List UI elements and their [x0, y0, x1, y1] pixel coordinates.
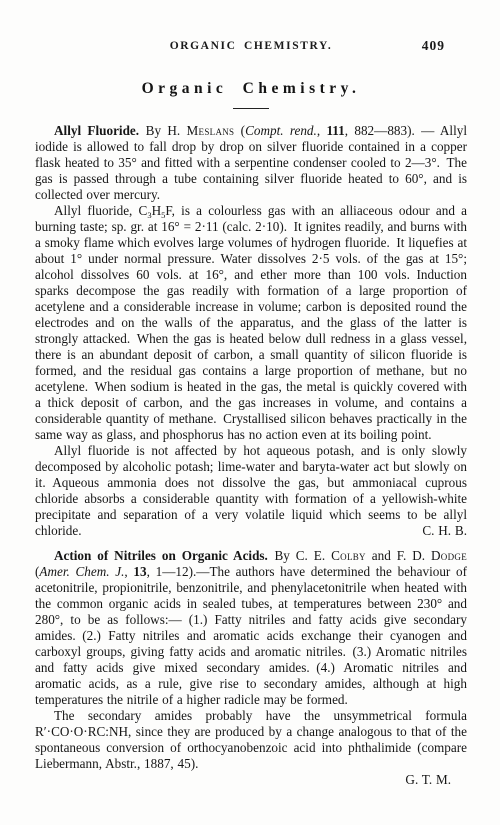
text-run: Meslans [187, 123, 235, 138]
text-run: Allyl Fluoride. [54, 123, 139, 138]
text-run: Amer. Chem. J. [39, 564, 124, 579]
paragraph: The secondary amides probably have the u… [35, 708, 467, 772]
text-run: Compt. rend. [245, 123, 317, 138]
attribution-line: G. T. M. [35, 772, 467, 788]
paragraph: Action of Nitriles on Organic Acids. By … [35, 548, 467, 708]
paragraph: Allyl Fluoride. By H. Meslans (Compt. re… [35, 123, 467, 203]
page-body: Allyl Fluoride. By H. Meslans (Compt. re… [35, 123, 467, 788]
article-allyl-fluoride: Allyl Fluoride. By H. Meslans (Compt. re… [35, 123, 467, 539]
text-run: Colby [331, 548, 366, 563]
text-run: and F. D. [366, 548, 431, 563]
text-run: G. T. M. [405, 772, 451, 787]
article-action-of-nitriles: Action of Nitriles on Organic Acids. By … [35, 548, 467, 788]
text-run: By C. E. [268, 548, 331, 563]
text-run: F, is a colourless gas with an alliaceou… [35, 203, 467, 442]
section-title: Organic Chemistry. [35, 80, 467, 98]
text-run: , [317, 123, 327, 138]
text-run: By H. [139, 123, 186, 138]
attribution-initials: C. H. B. [393, 523, 467, 539]
text-run: H [152, 203, 162, 218]
page-number: 409 [422, 38, 445, 54]
text-run: Allyl fluoride, C [54, 203, 147, 218]
text-run: 13 [133, 564, 146, 579]
text-run: ( [234, 123, 245, 138]
running-head-text: ORGANIC CHEMISTRY. [170, 40, 333, 52]
journal-page: ORGANIC CHEMISTRY. 409 Organic Chemistry… [0, 0, 500, 825]
paragraph: Allyl fluoride, C3H5F, is a colourless g… [35, 203, 467, 443]
title-rule [233, 108, 269, 109]
text-run: The secondary amides probably have the u… [35, 708, 467, 771]
paragraph: Allyl fluoride is not affected by hot aq… [35, 443, 467, 539]
text-run: Dodge [431, 548, 467, 563]
running-header: ORGANIC CHEMISTRY. 409 [35, 40, 467, 56]
text-run: Action of Nitriles on Organic Acids. [54, 548, 268, 563]
text-run: , 1—12).—The authors have determined the… [35, 564, 467, 707]
text-run: 111 [326, 123, 344, 138]
